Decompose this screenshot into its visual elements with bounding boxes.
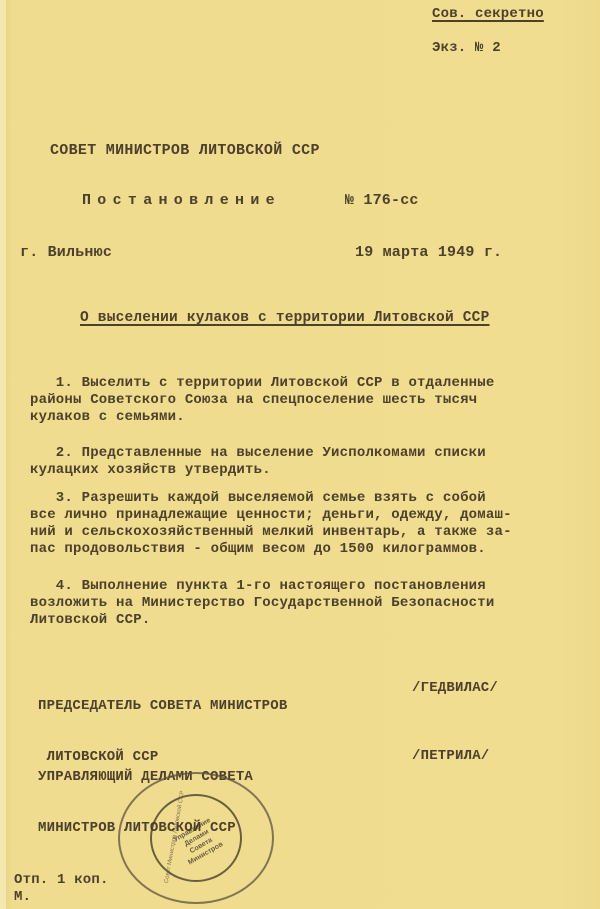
signature-1-name: /ГЕДВИЛАС/ — [412, 680, 498, 697]
paragraph-line: пас продовольствия - общим весом до 1500… — [30, 541, 512, 558]
paragraph-line: все лично принадлежащие ценности; деньги… — [30, 507, 512, 524]
decree-number: № 176-сс — [345, 192, 419, 209]
decree-title: Постановление — [82, 192, 281, 209]
decree-paragraph-2: 2. Представленные на выселение Уисполком… — [30, 445, 486, 479]
decree-paragraph-1: 1. Выселить с территории Литовской ССР в… — [30, 375, 494, 426]
date: 19 марта 1949 г. — [355, 244, 502, 261]
document-page: Сов. секретно Экз. № 2 СОВЕТ МИНИСТРОВ Л… — [0, 0, 600, 909]
signature-2-name: /ПЕТРИЛА/ — [412, 748, 489, 765]
paragraph-line: ний и сельскохозяйственный мелкий инвент… — [30, 524, 512, 541]
paragraph-line: районы Советского Союза на спецпоселение… — [30, 392, 494, 409]
paragraph-line: возложить на Министерство Государственно… — [30, 595, 494, 612]
paragraph-line: кулацких хозяйств утвердить. — [30, 462, 486, 479]
official-seal: Совет Министров Литовской ССР Управление… — [118, 772, 274, 904]
issuer-heading: СОВЕТ МИНИСТРОВ ЛИТОВСКОЙ ССР — [50, 142, 320, 159]
decree-paragraph-3: 3. Разрешить каждой выселяемой семье взя… — [30, 490, 512, 558]
paragraph-line: кулаков с семьями. — [30, 409, 494, 426]
copies-note: Отп. 1 коп. — [14, 872, 109, 889]
decree-paragraph-4: 4. Выполнение пункта 1-го настоящего пос… — [30, 578, 494, 629]
paper-edge — [0, 0, 6, 909]
place: г. Вильнюс — [20, 244, 112, 261]
paragraph-line: 4. Выполнение пункта 1-го настоящего пос… — [30, 578, 494, 595]
signature-1-title-line: ПРЕДСЕДАТЕЛЬ СОВЕТА МИНИСТРОВ — [38, 698, 287, 715]
paragraph-line: 3. Разрешить каждой выселяемой семье взя… — [30, 490, 512, 507]
paragraph-line: 2. Представленные на выселение Уисполком… — [30, 445, 486, 462]
seal-center-text: Управление Делами Совета Министров — [168, 814, 229, 870]
subject-line: О выселении кулаков с территории Литовск… — [80, 310, 489, 327]
paragraph-line: 1. Выселить с территории Литовской ССР в… — [30, 375, 494, 392]
classification-mark: Сов. секретно — [432, 6, 544, 23]
paragraph-line: Литовской ССР. — [30, 612, 494, 629]
typist-initial: М. — [14, 889, 31, 906]
seal-inner-circle: Управление Делами Совета Министров — [150, 794, 242, 882]
copy-number: Экз. № 2 — [432, 40, 501, 57]
